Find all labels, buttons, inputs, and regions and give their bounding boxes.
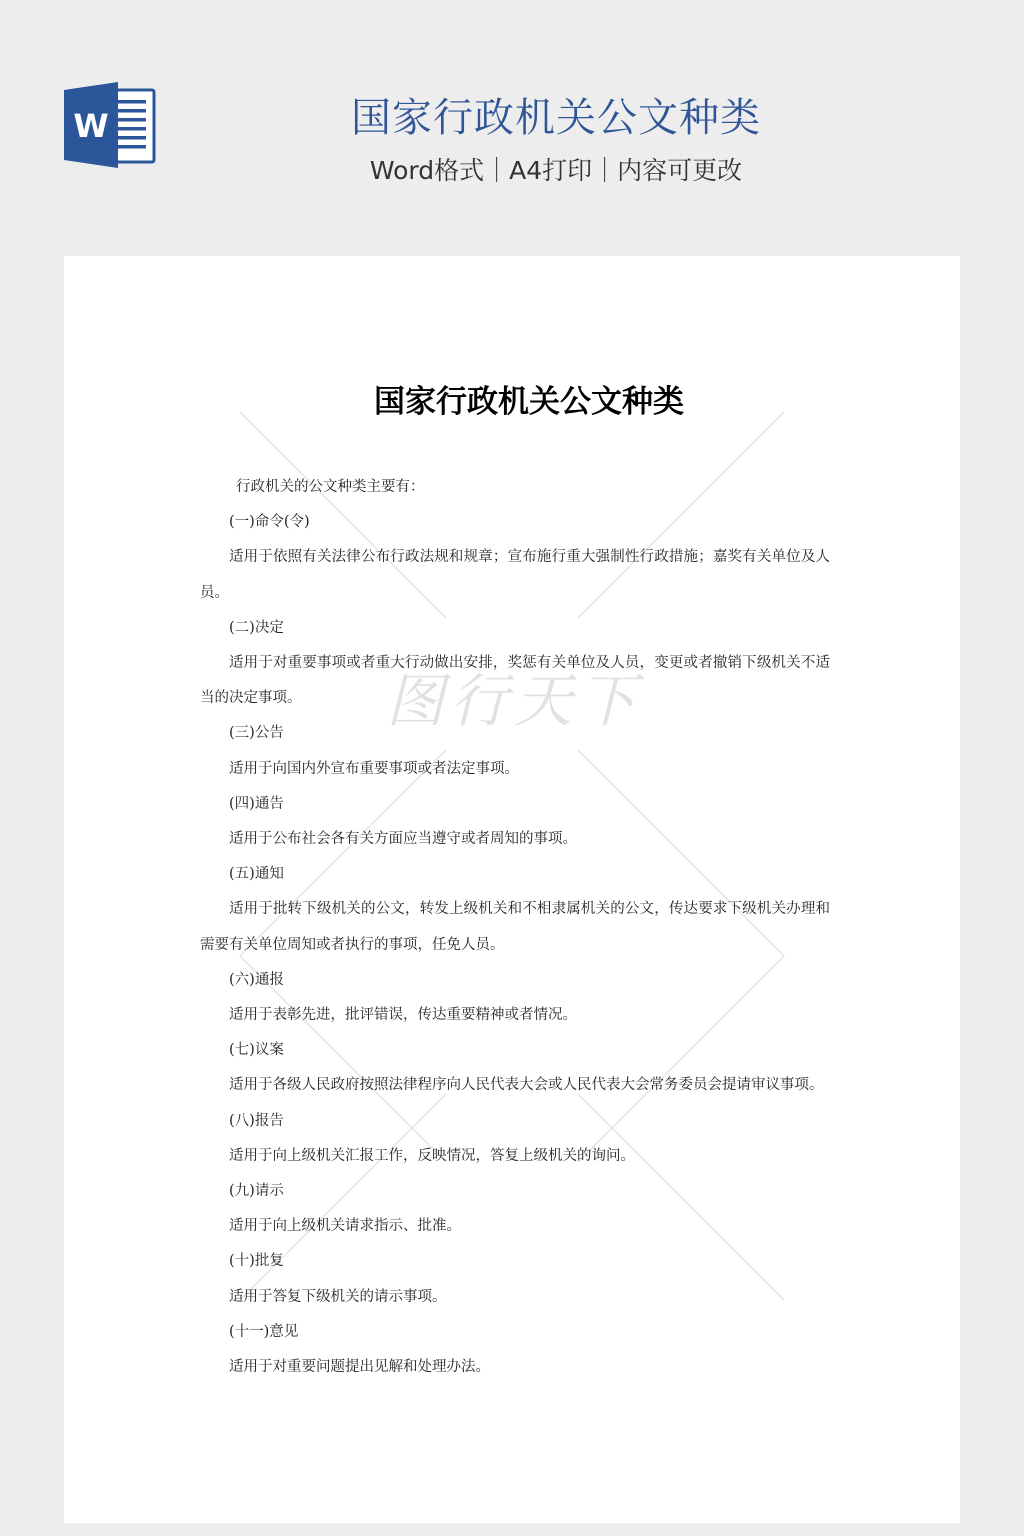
section-heading: (五)通知 <box>200 857 830 892</box>
header-title: 国家行政机关公文种类 <box>300 92 812 144</box>
document-body: 行政机关的公文种类主要有：(一)命令(令)适用于依照有关法律公布行政法规和规章；… <box>200 470 830 1385</box>
section-heading: (九)请示 <box>200 1174 830 1209</box>
body-paragraph: 适用于各级人民政府按照法律程序向人民代表大会或人民代表大会常务委员会提请审议事项… <box>200 1068 830 1103</box>
word-icon-letter: W <box>73 107 108 145</box>
header-subtitle: Word格式｜A4打印｜内容可更改 <box>300 152 812 190</box>
body-paragraph: 适用于依照有关法律公布行政法规和规章；宣布施行重大强制性行政措施；嘉奖有关单位及… <box>200 540 830 610</box>
document-page: 图行天下 国家行政机关公文种类 行政机关的公文种类主要有：(一)命令(令)适用于… <box>64 256 960 1523</box>
section-heading: (二)决定 <box>200 611 830 646</box>
body-paragraph: 适用于答复下级机关的请示事项。 <box>200 1280 830 1315</box>
word-document-icon: W <box>64 82 156 168</box>
section-heading: (八)报告 <box>200 1104 830 1139</box>
document-title: 国家行政机关公文种类 <box>64 380 960 424</box>
body-paragraph: 适用于对重要问题提出见解和处理办法。 <box>200 1350 830 1385</box>
section-heading: (三)公告 <box>200 716 830 751</box>
body-paragraph: 适用于对重要事项或者重大行动做出安排，奖惩有关单位及人员，变更或者撤销下级机关不… <box>200 646 830 716</box>
body-paragraph: 适用于向上级机关请求指示、批准。 <box>200 1209 830 1244</box>
section-heading: (十一)意见 <box>200 1315 830 1350</box>
section-heading: (七)议案 <box>200 1033 830 1068</box>
intro-paragraph: 行政机关的公文种类主要有： <box>200 470 830 505</box>
section-heading: (四)通告 <box>200 787 830 822</box>
body-paragraph: 适用于向上级机关汇报工作，反映情况，答复上级机关的询问。 <box>200 1139 830 1174</box>
body-paragraph: 适用于向国内外宣布重要事项或者法定事项。 <box>200 752 830 787</box>
section-heading: (十)批复 <box>200 1244 830 1279</box>
section-heading: (六)通报 <box>200 963 830 998</box>
body-paragraph: 适用于表彰先进，批评错误，传达重要精神或者情况。 <box>200 998 830 1033</box>
body-paragraph: 适用于公布社会各有关方面应当遵守或者周知的事项。 <box>200 822 830 857</box>
page-header: W 国家行政机关公文种类 Word格式｜A4打印｜内容可更改 <box>0 0 1024 255</box>
body-paragraph: 适用于批转下级机关的公文，转发上级机关和不相隶属机关的公文，传达要求下级机关办理… <box>200 892 830 962</box>
section-heading: (一)命令(令) <box>200 505 830 540</box>
